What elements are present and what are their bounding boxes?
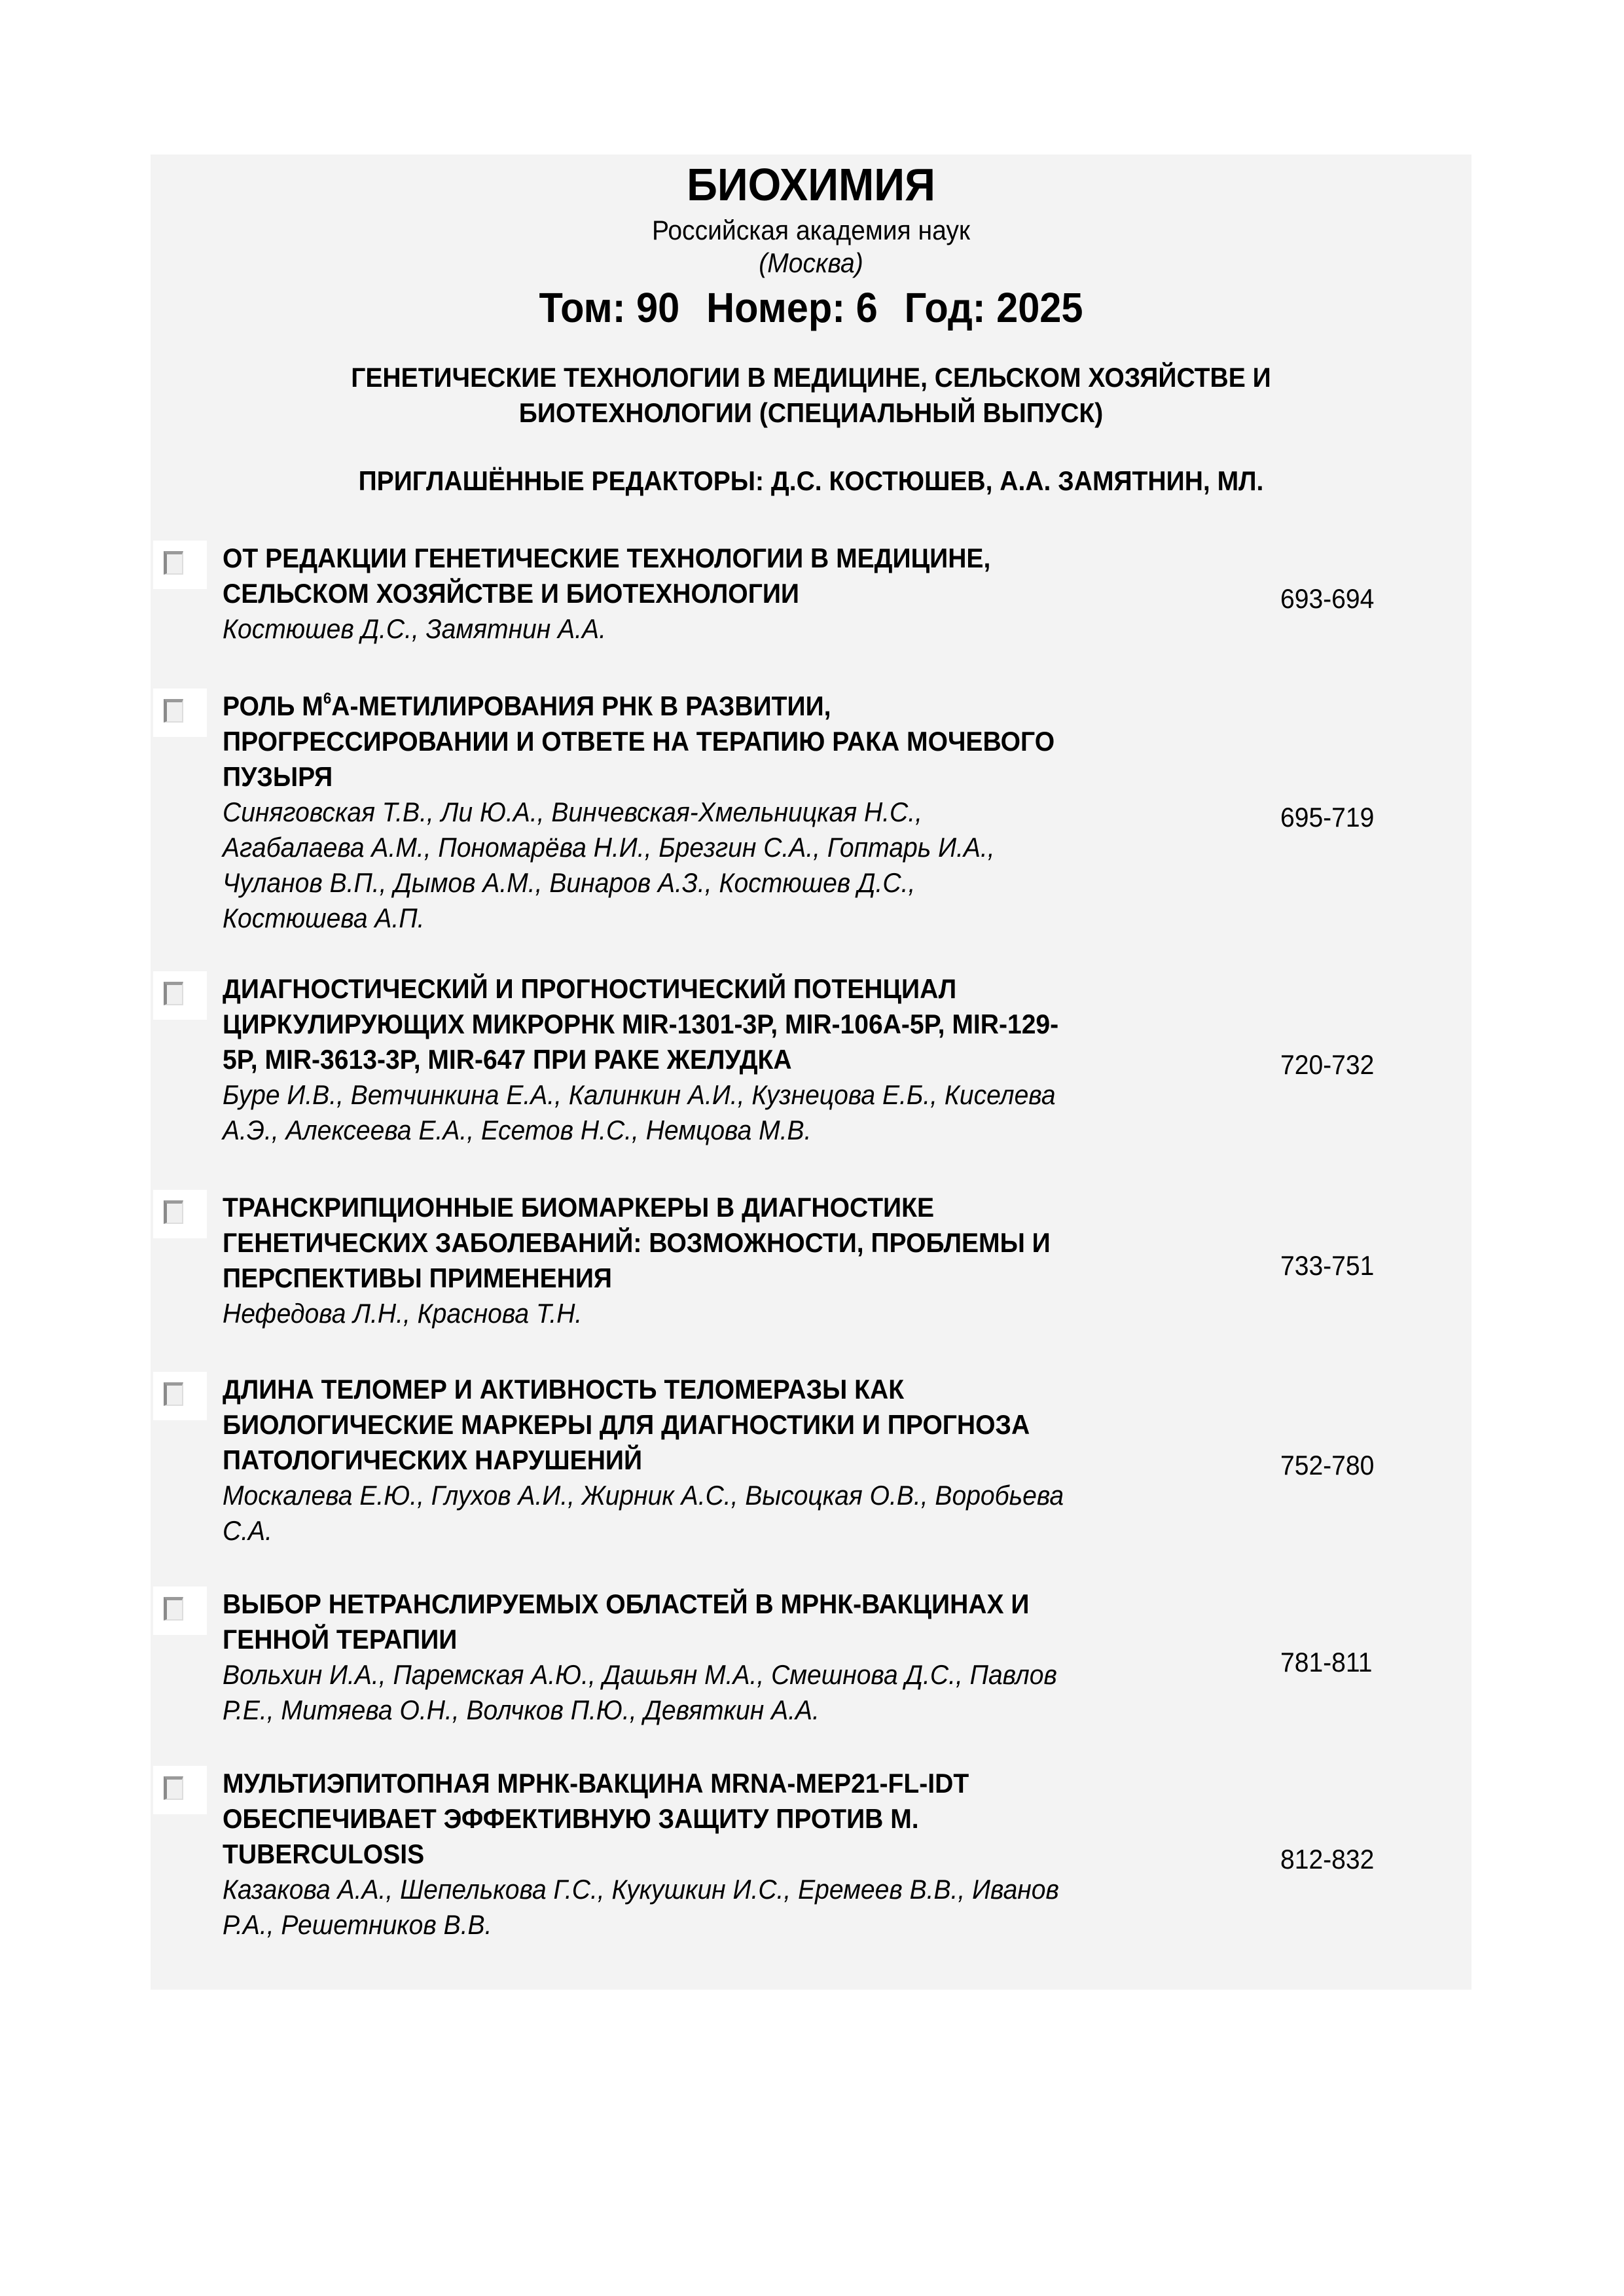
checkbox-icon: [164, 1776, 183, 1800]
article-title[interactable]: ТРАНСКРИПЦИОННЫЕ БИОМАРКЕРЫ В ДИАГНОСТИК…: [223, 1190, 1245, 1296]
article-title[interactable]: ОТ РЕДАКЦИИ ГЕНЕТИЧЕСКИЕ ТЕХНОЛОГИИ В МЕ…: [223, 541, 1245, 611]
volume: Том: 90: [539, 284, 679, 331]
checkbox-icon: [164, 551, 183, 575]
article-title[interactable]: ВЫБОР НЕТРАНСЛИРУЕМЫХ ОБЛАСТЕЙ В МРНК-ВА…: [223, 1587, 1245, 1657]
checkbox-icon: [164, 1200, 183, 1224]
article-pages: 812-832: [1280, 1842, 1374, 1877]
checkbox-icon: [164, 982, 183, 1005]
article-title[interactable]: ДИАГНОСТИЧЕСКИЙ И ПРОГНОСТИЧЕСКИЙ ПОТЕНЦ…: [223, 971, 1245, 1077]
table-of-contents-panel: БИОХИМИЯ Российская академия наук (Москв…: [151, 154, 1471, 1990]
article-pages: 720-732: [1280, 1047, 1374, 1083]
select-article-checkbox[interactable]: [153, 1766, 207, 1814]
select-article-checkbox[interactable]: [153, 1190, 207, 1238]
select-article-checkbox[interactable]: [153, 1587, 207, 1635]
select-article-checkbox[interactable]: [153, 689, 207, 737]
checkbox-icon: [164, 1597, 183, 1621]
checkbox-icon: [164, 1382, 183, 1406]
issue-info: Том: 90Номер: 6Год: 2025: [197, 281, 1426, 334]
publisher: Российская академия наук: [197, 213, 1426, 247]
article-authors: Буре И.В., Ветчинкина Е.А., Калинкин А.И…: [223, 1077, 1245, 1148]
article-authors: Костюшев Д.С., Замятнин А.А.: [223, 611, 1245, 647]
article-authors: Синяговская Т.В., Ли Ю.А., Винчевская-Хм…: [223, 795, 1245, 936]
select-article-checkbox[interactable]: [153, 1372, 207, 1420]
article-pages: 693-694: [1280, 581, 1374, 617]
article-authors: Нефедова Л.Н., Краснова Т.Н.: [223, 1296, 1245, 1331]
article-authors: Москалева Е.Ю., Глухов А.И., Жирник А.С.…: [223, 1478, 1245, 1549]
select-article-checkbox[interactable]: [153, 541, 207, 589]
select-article-checkbox[interactable]: [153, 971, 207, 1020]
guest-editors: ПРИГЛАШЁННЫЕ РЕДАКТОРЫ: Д.С. КОСТЮШЕВ, А…: [221, 463, 1401, 499]
article-pages: 695-719: [1280, 800, 1374, 835]
article-pages: 781-811: [1280, 1645, 1372, 1680]
article-title[interactable]: ДЛИНА ТЕЛОМЕР И АКТИВНОСТЬ ТЕЛОМЕРАЗЫ КА…: [223, 1372, 1245, 1478]
publisher-city: (Москва): [197, 246, 1426, 280]
article-pages: 733-751: [1280, 1248, 1374, 1283]
article-title[interactable]: МУЛЬТИЭПИТОПНАЯ МРНК-ВАКЦИНА MRNA-MEP21-…: [223, 1766, 1245, 1872]
article-title[interactable]: РОЛЬ М6А-МЕТИЛИРОВАНИЯ РНК В РАЗВИТИИ,ПР…: [223, 689, 1245, 795]
issue-year: Год: 2025: [905, 284, 1083, 331]
journal-title: БИОХИМИЯ: [197, 158, 1426, 211]
issue-number: Номер: 6: [706, 284, 878, 331]
article-pages: 752-780: [1280, 1448, 1374, 1483]
section-title: ГЕНЕТИЧЕСКИЕ ТЕХНОЛОГИИ В МЕДИЦИНЕ, СЕЛЬ…: [245, 360, 1377, 431]
article-authors: Вольхин И.А., Паремская А.Ю., Дашьян М.А…: [223, 1657, 1245, 1728]
article-authors: Казакова А.А., Шепелькова Г.С., Кукушкин…: [223, 1872, 1245, 1943]
checkbox-icon: [164, 699, 183, 723]
